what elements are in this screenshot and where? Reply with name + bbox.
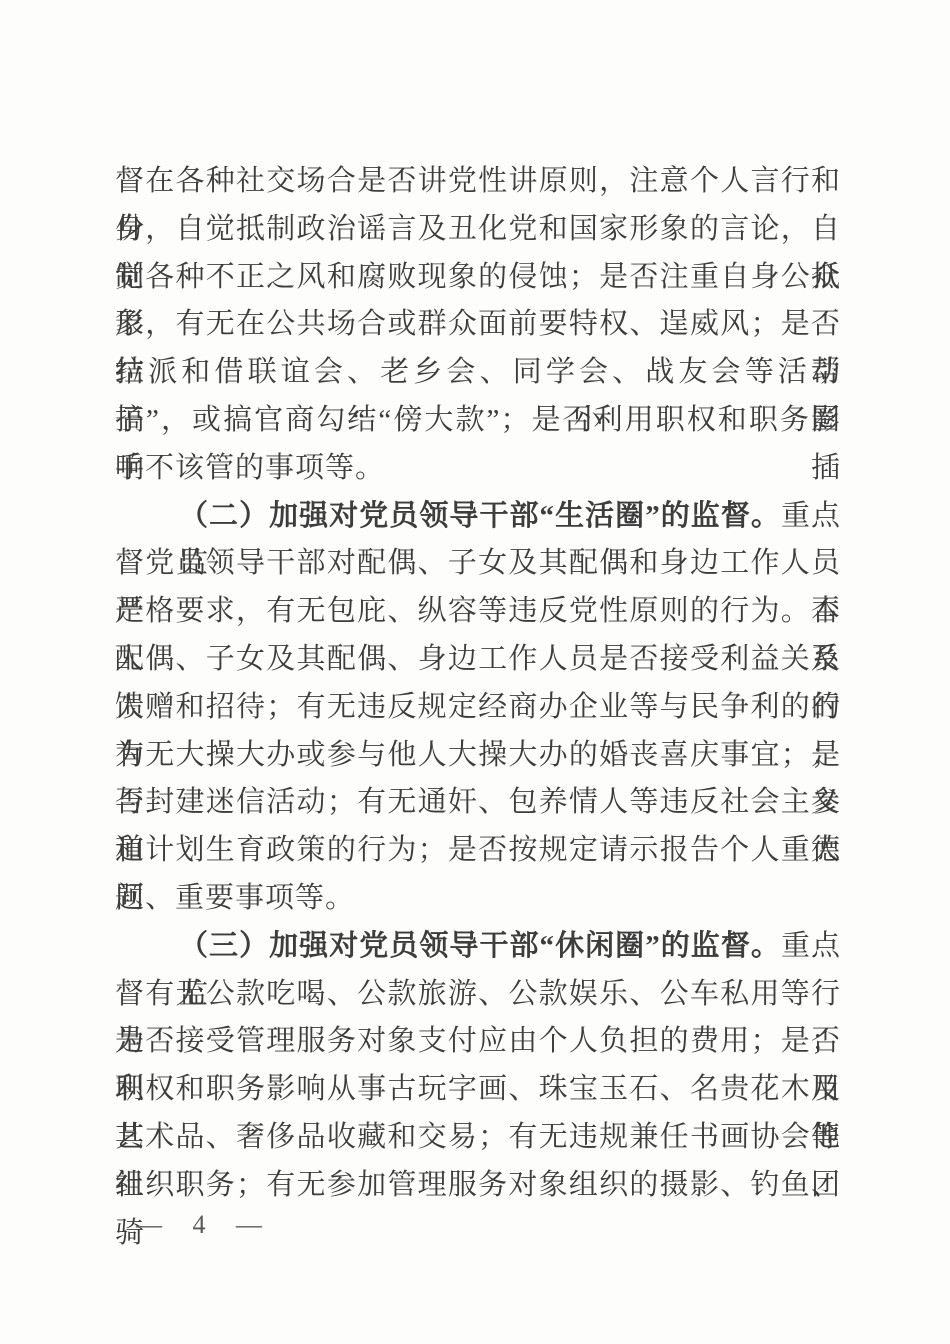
text-line: 是否接受管理服务对象支付应由个人负担的费用；是否利用: [115, 1018, 841, 1066]
section-heading-bold: （二）加强对党员领导干部“生活圈”的监督。: [179, 500, 781, 532]
section-heading-bold: （三）加强对党员领导干部“休闲圈”的监督。: [179, 930, 781, 962]
page-number: — 4 —: [136, 1208, 266, 1242]
text-line: 制各种不正之风和腐败现象的侵蚀；是否注重自身公众形: [115, 254, 841, 302]
section-heading-line-2: （二）加强对党员领导干部“生活圈”的监督。重点监: [115, 493, 841, 541]
text-line: 和计划生育政策的行为；是否按规定请示报告个人重大问: [115, 827, 841, 875]
text-line: 严格要求，有无包庇、纵容等违反党性原则的行为。本人及: [115, 588, 841, 636]
text-line: 督有无公款吃喝、公款旅游、公款娱乐、公车私用等行为；: [115, 971, 841, 1019]
text-line: 组织职务；有无参加管理服务对象组织的摄影、钓鱼、骑: [115, 1162, 841, 1210]
text-line: 份，自觉抵制政治谣言及丑化党和国家形象的言论，自觉抵: [115, 206, 841, 254]
document-text-block: 督在各种社交场合是否讲党性讲原则，注意个人言行和身 份，自觉抵制政治谣言及丑化党…: [115, 158, 841, 1210]
text-line: 职权和职务影响从事古玩字画、珠宝玉石、名贵花木及其他: [115, 1066, 841, 1114]
text-line: 馈赠和招待；有无违反规定经商办企业等与民争利的行为；: [115, 684, 841, 732]
text-line: 配偶、子女及其配偶、身边工作人员是否接受利益关系人的: [115, 636, 841, 684]
text-line-paragraph-end: 题、重要事项等。: [115, 875, 841, 923]
section-heading-line-3: （三）加强对党员领导干部“休闲圈”的监督。重点监: [115, 923, 841, 971]
text-line: 督党员领导干部对配偶、子女及其配偶和身边工作人员是否: [115, 540, 841, 588]
text-line: 象，有无在公共场合或群众面前要特权、逞威风；是否拉帮: [115, 301, 841, 349]
text-line: 艺术品、奢侈品收藏和交易；有无违规兼任书画协会等社团: [115, 1114, 841, 1162]
text-line: 子”，或搞官商勾结“傍大款”；是否利用职权和职务影响插: [115, 397, 841, 445]
text-line: 督在各种社交场合是否讲党性讲原则，注意个人言行和身: [115, 158, 841, 206]
text-line: 有无大操大办或参与他人大操大办的婚丧喜庆事宜；是否参: [115, 732, 841, 780]
text-line: 与封建迷信活动；有无通奸、包养情人等违反社会主义道德: [115, 779, 841, 827]
text-line: 结派和借联谊会、老乡会、同学会、战友会等活动搞“小圈: [115, 349, 841, 397]
document-page: 督在各种社交场合是否讲党性讲原则，注意个人言行和身 份，自觉抵制政治谣言及丑化党…: [0, 0, 950, 1344]
